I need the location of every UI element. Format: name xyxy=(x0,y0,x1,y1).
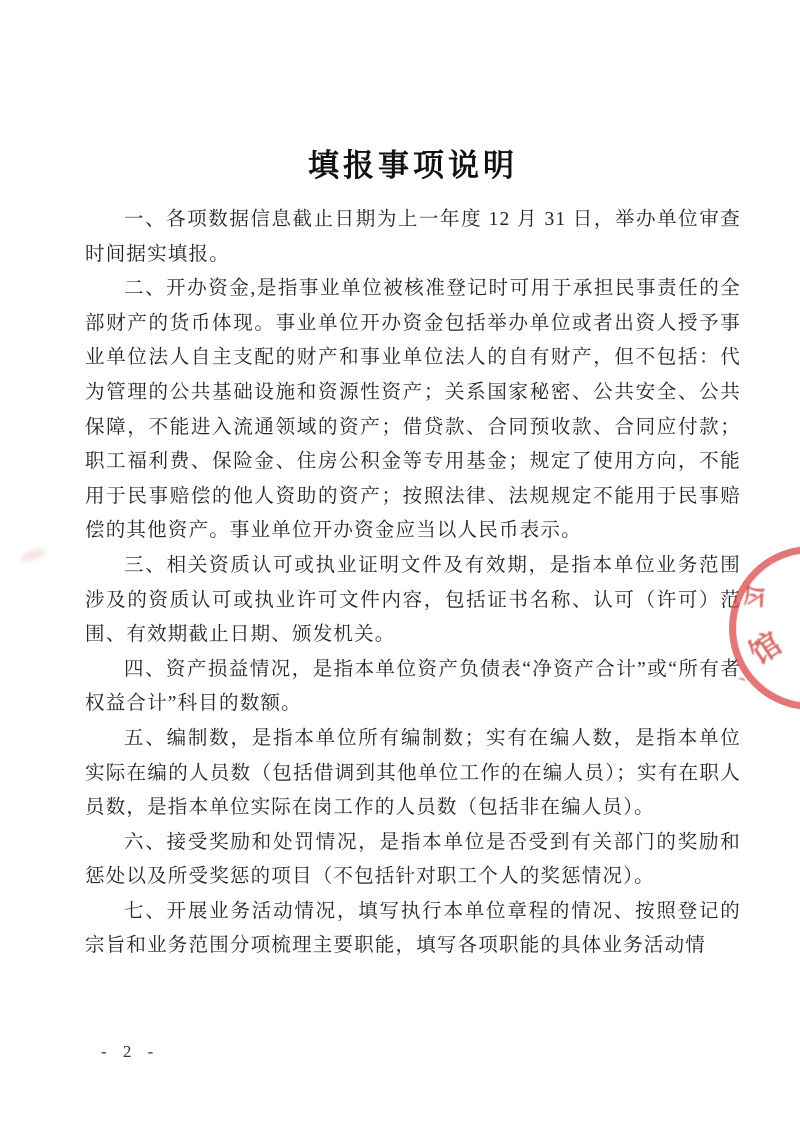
paragraph-5: 五、编制数，是指本单位所有编制数；实有在编人数，是指本单位实际在编的人员数（包括… xyxy=(85,722,741,826)
paragraph-4: 四、资产损益情况，是指本单位资产负债表“净资产合计”或“所有者权益合计”科目的数… xyxy=(85,653,741,722)
page-number: - 2 - xyxy=(101,1042,159,1062)
paragraph-7: 七、开展业务活动情况，填写执行本单位章程的情况、按照登记的宗旨和业务范围分项梳理… xyxy=(85,895,741,964)
paragraph-2: 二、开办资金,是指事业单位被核准登记时可用于承担民事责任的全部财产的货币体现。事… xyxy=(85,272,741,549)
paragraph-6: 六、接受奖励和处罚情况，是指本单位是否受到有关部门的奖励和惩处以及所受奖惩的项目… xyxy=(85,826,741,895)
scan-smudge xyxy=(19,546,47,564)
document-title: 填报事项说明 xyxy=(85,140,741,185)
scanned-document-page: 填报事项说明 一、各项数据信息截止日期为上一年度 12 月 31 日，举办单位审… xyxy=(0,0,800,1140)
seal-character: 馆 xyxy=(739,619,788,672)
paragraph-1: 一、各项数据信息截止日期为上一年度 12 月 31 日，举办单位审查时间据实填报… xyxy=(85,203,741,272)
paragraph-3: 三、相关资质认可或执业证明文件及有效期，是指本单位业务范围涉及的资质认可或执业许… xyxy=(85,549,741,653)
document-body: 填报事项说明 一、各项数据信息截止日期为上一年度 12 月 31 日，举办单位审… xyxy=(85,140,741,964)
